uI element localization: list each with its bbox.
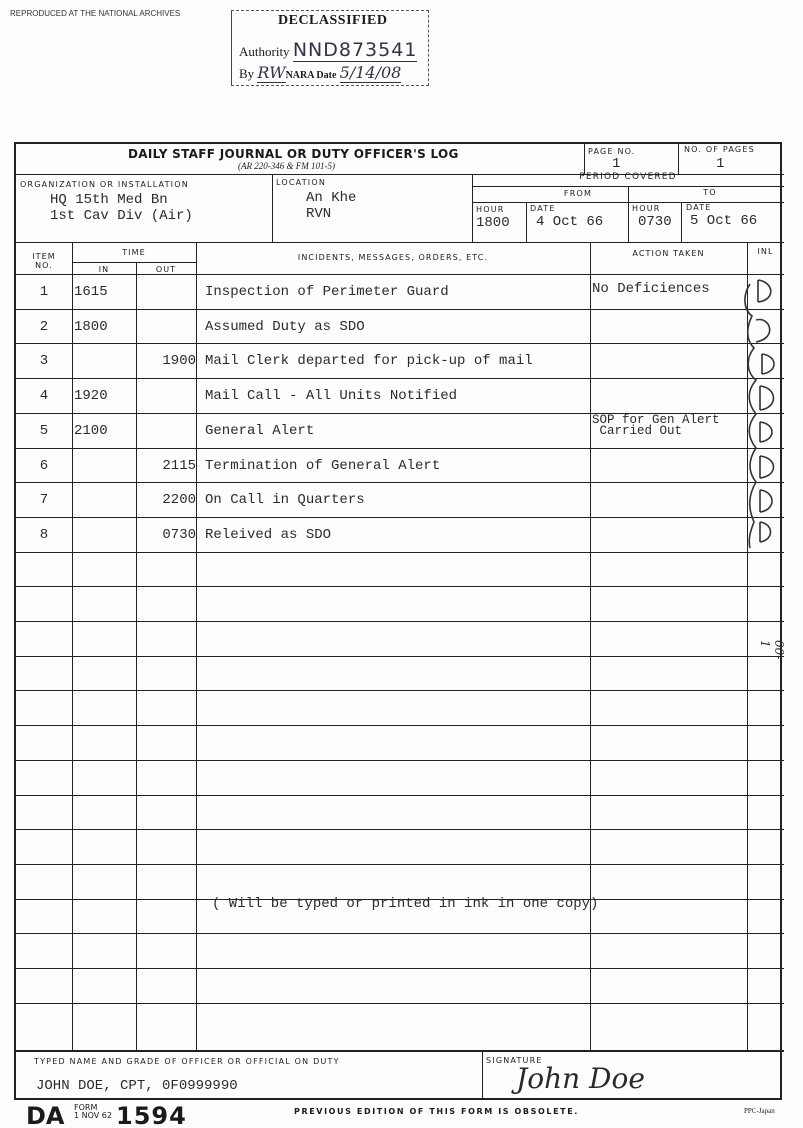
row-divider	[16, 690, 784, 691]
form-number: 1594	[116, 1102, 187, 1128]
row-divider	[16, 621, 784, 622]
row-divider	[16, 1003, 784, 1004]
time-out[interactable]: 1900	[136, 353, 196, 369]
obsolete-note: PREVIOUS EDITION OF THIS FORM IS OBSOLET…	[294, 1107, 579, 1116]
action-line-2: Carried Out	[592, 426, 720, 437]
row-divider	[16, 343, 784, 344]
row-divider	[16, 933, 784, 934]
item-no: 4	[16, 388, 72, 404]
archives-header-note: REPRODUCED AT THE NATIONAL ARCHIVES	[10, 9, 180, 18]
time-in[interactable]: 1800	[74, 319, 134, 335]
form-subtitle: (AR 220-346 & FM 101-5)	[238, 161, 335, 171]
stamp-date-value: 5/14/08	[340, 63, 402, 83]
to-date-value[interactable]: 5 Oct 66	[690, 213, 757, 229]
instruction-note: ( Will be typed or printed in ink in one…	[212, 896, 598, 912]
form-date: 1 NOV 62	[74, 1112, 112, 1120]
to-hour-value[interactable]: 0730	[638, 214, 672, 230]
item-no: 2	[16, 319, 72, 335]
row-divider	[16, 586, 784, 587]
from-date-value[interactable]: 4 Oct 66	[536, 214, 603, 230]
organization-label: ORGANIZATION OR INSTALLATION	[20, 180, 189, 189]
incident-text[interactable]: On Call in Quarters	[205, 492, 365, 508]
page-no-label: PAGE NO.	[588, 147, 636, 156]
initials-icon	[738, 276, 788, 556]
stamp-authority-value: NND873541	[293, 39, 418, 62]
page-no-value[interactable]: 1	[612, 156, 620, 172]
row-divider	[16, 968, 784, 969]
location-label: LOCATION	[276, 178, 326, 187]
form-title: DAILY STAFF JOURNAL OR DUTY OFFICER'S LO…	[128, 147, 459, 161]
row-divider	[16, 378, 784, 379]
action-taken[interactable]: No Deficiences	[592, 284, 710, 295]
item-no: 8	[16, 527, 72, 543]
duty-officer-log-form: DAILY STAFF JOURNAL OR DUTY OFFICER'S LO…	[14, 142, 782, 1100]
form-prefix: DA	[26, 1102, 65, 1128]
item-no: 7	[16, 492, 72, 508]
stamp-authority-line: Authority NND873541	[239, 39, 417, 61]
row-divider	[16, 448, 784, 449]
to-date-label: DATE	[686, 203, 712, 212]
location-line1[interactable]: An Khe	[306, 190, 356, 206]
row-divider	[16, 795, 784, 796]
header-out: OUT	[136, 265, 196, 274]
incident-text[interactable]: Mail Call - All Units Notified	[205, 388, 457, 404]
header-incidents: INCIDENTS, MESSAGES, ORDERS, ETC.	[196, 253, 590, 262]
officer-name-label: TYPED NAME AND GRADE OF OFFICER OR OFFIC…	[34, 1057, 340, 1066]
stamp-by-value: RW	[257, 63, 285, 83]
from-hour-label: HOUR	[476, 205, 505, 214]
item-no: 1	[16, 284, 72, 300]
time-out[interactable]: 0730	[136, 527, 196, 543]
row-divider	[16, 656, 784, 657]
num-pages-value[interactable]: 1	[716, 156, 724, 172]
row-divider	[16, 829, 784, 830]
printer-mark: PPC-Japan	[744, 1107, 775, 1115]
incident-text[interactable]: Mail Clerk departed for pick-up of mail	[205, 353, 533, 369]
organization-line1[interactable]: HQ 15th Med Bn	[50, 192, 168, 208]
item-no: 5	[16, 423, 72, 439]
row-divider	[16, 760, 784, 761]
declassified-stamp: DECLASSIFIED Authority NND873541 By RWNA…	[231, 10, 429, 86]
row-divider	[16, 309, 784, 310]
header-time: TIME	[72, 248, 196, 257]
num-pages-label: NO. OF PAGES	[684, 145, 755, 154]
time-out[interactable]: 2200	[136, 492, 196, 508]
signature-value[interactable]: John Doe	[516, 1062, 645, 1095]
time-in[interactable]: 2100	[74, 423, 134, 439]
item-no: 3	[16, 353, 72, 369]
stamp-authority-label: Authority	[239, 44, 290, 59]
item-no: 6	[16, 458, 72, 474]
period-covered-label: PERIOD COVERED	[472, 172, 784, 182]
time-in[interactable]: 1615	[74, 284, 134, 300]
incident-text[interactable]: Releived as SDO	[205, 527, 331, 543]
row-divider	[16, 517, 784, 518]
stamp-by-label: By	[239, 66, 254, 81]
officer-name-value[interactable]: JOHN DOE, CPT, 0F0999990	[36, 1078, 238, 1094]
incident-text[interactable]: Termination of General Alert	[205, 458, 440, 474]
stamp-agency-label: NARA Date	[286, 70, 337, 81]
location-line2[interactable]: RVN	[306, 206, 331, 222]
stamp-by-line: By RWNARA Date 5/14/08	[239, 63, 401, 82]
row-divider	[16, 552, 784, 553]
header-inl: INL	[747, 247, 784, 256]
row-divider	[16, 482, 784, 483]
row-divider	[16, 864, 784, 865]
header-item-no: ITEM NO.	[16, 252, 72, 270]
organization-line2[interactable]: 1st Cav Div (Air)	[50, 208, 193, 224]
time-out[interactable]: 2115	[136, 458, 196, 474]
row-divider	[16, 725, 784, 726]
to-label: TO	[636, 188, 784, 197]
to-hour-label: HOUR	[632, 204, 661, 213]
from-date-label: DATE	[530, 204, 556, 213]
from-hour-value[interactable]: 1800	[476, 215, 510, 231]
margin-handwriting: 00-1	[758, 640, 786, 659]
stamp-title: DECLASSIFIED	[278, 13, 387, 29]
incident-text[interactable]: Inspection of Perimeter Guard	[205, 284, 449, 300]
incident-text[interactable]: General Alert	[205, 423, 314, 439]
header-item-text1: ITEM	[16, 252, 72, 261]
header-action: ACTION TAKEN	[590, 249, 747, 258]
form-edition: FORM 1 NOV 62	[74, 1104, 112, 1120]
incident-text[interactable]: Assumed Duty as SDO	[205, 319, 365, 335]
header-in: IN	[72, 265, 136, 274]
header-item-text2: NO.	[16, 261, 72, 270]
action-taken[interactable]: SOP for Gen Alert Carried Out	[592, 415, 720, 437]
time-in[interactable]: 1920	[74, 388, 134, 404]
